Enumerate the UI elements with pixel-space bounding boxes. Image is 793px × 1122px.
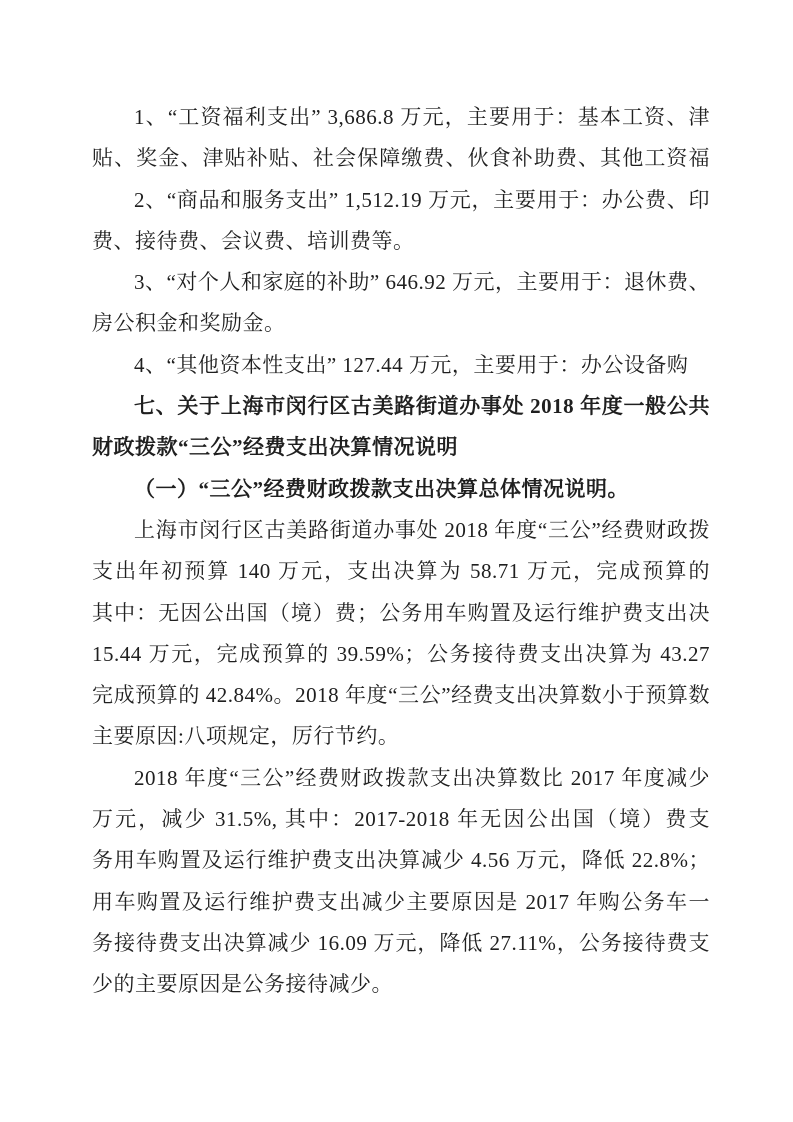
document-body: 1、“工资福利支出” 3,686.8 万元，主要用于：基本工资、津贴补 贴、奖金… bbox=[92, 97, 710, 1006]
text-line: 支出年初预算 140 万元，支出决算为 58.71 万元，完成预算的 41.94… bbox=[92, 551, 710, 592]
text-line: 务用车购置及运行维护费支出决算减少 4.56 万元，降低 22.8%；公务 bbox=[92, 840, 710, 881]
subsection-heading-line: （一）“三公”经费财政拨款支出决算总体情况说明。 bbox=[92, 469, 710, 510]
text-line: 少的主要原因是公务接待减少。 bbox=[92, 964, 710, 1005]
document-page: 1、“工资福利支出” 3,686.8 万元，主要用于：基本工资、津贴补 贴、奖金… bbox=[0, 0, 793, 1122]
text-line: 用车购置及运行维护费支出减少主要原因是 2017 年购公务车一辆；公 bbox=[92, 882, 710, 923]
section-heading-line: 财政拨款“三公”经费支出决算情况说明 bbox=[92, 427, 710, 468]
text-line: 万元，减少 31.5%, 其中：2017-2018 年无因公出国（境）费支出；公 bbox=[92, 799, 710, 840]
text-line: 上海市闵行区古美路街道办事处 2018 年度“三公”经费财政拨款 bbox=[92, 510, 710, 551]
text-line: 15.44 万元，完成预算的 39.59%；公务接待费支出决算为 43.27 万… bbox=[92, 634, 710, 675]
text-line: 3、“对个人和家庭的补助” 646.92 万元，主要用于：退休费、住 bbox=[92, 262, 710, 303]
text-line: 主要原因:八项规定，厉行节约。 bbox=[92, 716, 710, 757]
text-line: 房公积金和奖励金。 bbox=[92, 303, 710, 344]
text-line: 1、“工资福利支出” 3,686.8 万元，主要用于：基本工资、津贴补 bbox=[92, 97, 710, 138]
text-line: 其中：无因公出国（境）费；公务用车购置及运行维护费支出决算为 bbox=[92, 593, 710, 634]
text-line: 2、“商品和服务支出” 1,512.19 万元，主要用于：办公费、印刷 bbox=[92, 180, 710, 221]
text-line: 费、接待费、会议费、培训费等。 bbox=[92, 221, 710, 262]
text-line: 务接待费支出决算减少 16.09 万元，降低 27.11%，公务接待费支出减 bbox=[92, 923, 710, 964]
text-line: 贴、奖金、津贴补贴、社会保障缴费、伙食补助费、其他工资福利支出。 bbox=[92, 138, 710, 179]
text-line: 4、“其他资本性支出” 127.44 万元，主要用于：办公设备购置。 bbox=[92, 345, 710, 386]
text-line: 完成预算的 42.84%。2018 年度“三公”经费支出决算数小于预算数的 bbox=[92, 675, 710, 716]
section-heading-line: 七、关于上海市闵行区古美路街道办事处 2018 年度一般公共预算 bbox=[92, 386, 710, 427]
text-line: 2018 年度“三公”经费财政拨款支出决算数比 2017 年度减少 27 bbox=[92, 758, 710, 799]
